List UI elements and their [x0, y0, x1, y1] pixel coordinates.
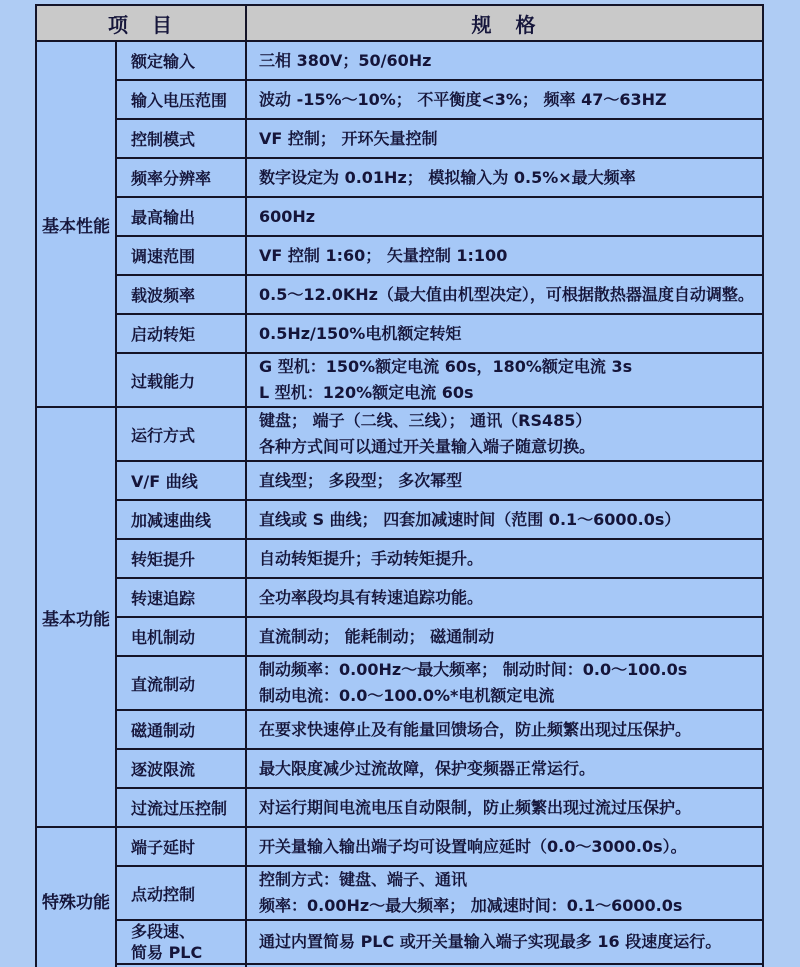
table-row: 加减速曲线 直线或 S 曲线； 四套加减速时间（范围 0.1～6000.0s）: [36, 500, 763, 539]
header-item: 项 目: [36, 5, 246, 41]
row-spec: 制动频率：0.00Hz～最大频率； 制动时间：0.0～100.0s 制动电流：0…: [246, 656, 763, 710]
table-row: 磁通制动 在要求快速停止及有能量回馈场合，防止频繁出现过压保护。: [36, 710, 763, 749]
row-spec: 通过内置简易 PLC 或开关量输入端子实现最多 16 段速度运行。: [246, 920, 763, 964]
table-row: 控制模式 VF 控制； 开环矢量控制: [36, 119, 763, 158]
table-row: 多段速、 简易 PLC 通过内置简易 PLC 或开关量输入端子实现最多 16 段…: [36, 920, 763, 964]
row-spec: 全功率段均具有转速追踪功能。: [246, 578, 763, 617]
header-row: 项 目 规 格: [36, 5, 763, 41]
table-row: 输入电压范围 波动 -15%～10%； 不平衡度<3%； 频率 47～63HZ: [36, 80, 763, 119]
table-row: 点动控制 控制方式：键盘、端子、通讯 频率：0.00Hz～最大频率； 加减速时间…: [36, 866, 763, 920]
row-label: 过载能力: [116, 353, 246, 407]
table-row: 直流制动 制动频率：0.00Hz～最大频率； 制动时间：0.0～100.0s 制…: [36, 656, 763, 710]
row-spec: VF 控制 1:60； 矢量控制 1:100: [246, 236, 763, 275]
table-row: 基本功能 运行方式 键盘； 端子（二线、三线）； 通讯（RS485） 各种方式间…: [36, 407, 763, 461]
table-row: 调速范围 VF 控制 1:60； 矢量控制 1:100: [36, 236, 763, 275]
row-label: 调速范围: [116, 236, 246, 275]
table-row: 特殊功能 端子延时 开关量输入输出端子均可设置响应延时（0.0～3000.0s）…: [36, 827, 763, 866]
row-spec: 键盘； 端子（二线、三线）； 通讯（RS485） 各种方式间可以通过开关量输入端…: [246, 407, 763, 461]
row-spec: 开关量输入输出端子均可设置响应延时（0.0～3000.0s）。: [246, 827, 763, 866]
row-spec: VF 控制； 开环矢量控制: [246, 119, 763, 158]
row-label: 运行方式: [116, 407, 246, 461]
row-label: 加减速曲线: [116, 500, 246, 539]
row-label: 端子延时: [116, 827, 246, 866]
row-spec: 在要求快速停止及有能量回馈场合，防止频繁出现过压保护。: [246, 710, 763, 749]
row-spec: 波动 -15%～10%； 不平衡度<3%； 频率 47～63HZ: [246, 80, 763, 119]
row-spec: 直流制动； 能耗制动； 磁通制动: [246, 617, 763, 656]
row-label: 频率分辨率: [116, 158, 246, 197]
row-label: 点动控制: [116, 866, 246, 920]
row-label: 转矩提升: [116, 539, 246, 578]
row-label: 控制模式: [116, 119, 246, 158]
row-label: 载波频率: [116, 275, 246, 314]
row-spec: 自动转矩提升；手动转矩提升。: [246, 539, 763, 578]
row-spec: 直线型； 多段型； 多次幂型: [246, 461, 763, 500]
row-label: 直流制动: [116, 656, 246, 710]
table-row: 过载能力 G 型机：150%额定电流 60s，180%额定电流 3s L 型机：…: [36, 353, 763, 407]
row-spec: 0.5Hz/150%电机额定转矩: [246, 314, 763, 353]
row-label: 输入电压范围: [116, 80, 246, 119]
group-cell-special-functions: 特殊功能: [36, 827, 116, 967]
table-row: 转速追踪 全功率段均具有转速追踪功能。: [36, 578, 763, 617]
specification-table: 项 目 规 格 基本性能 额定输入 三相 380V；50/60Hz 输入电压范围…: [35, 4, 764, 967]
table-row: 过流过压控制 对运行期间电流电压自动限制，防止频繁出现过流过压保护。: [36, 788, 763, 827]
row-label: 磁通制动: [116, 710, 246, 749]
table-row: 最高输出 600Hz: [36, 197, 763, 236]
group-cell-basic-functions: 基本功能: [36, 407, 116, 827]
row-label: 多段速、 简易 PLC: [116, 920, 246, 964]
table-row: 电机制动 直流制动； 能耗制动； 磁通制动: [36, 617, 763, 656]
row-spec: 控制方式：键盘、端子、通讯 频率：0.00Hz～最大频率； 加减速时间：0.1～…: [246, 866, 763, 920]
row-spec: 最大限度减少过流故障，保护变频器正常运行。: [246, 749, 763, 788]
row-label: 电机制动: [116, 617, 246, 656]
row-spec: 对运行期间电流电压自动限制，防止频繁出现过流过压保护。: [246, 788, 763, 827]
table-row: 启动转矩 0.5Hz/150%电机额定转矩: [36, 314, 763, 353]
scanned-spec-page: { "colors":{ "page_bg":"#afccf4", "cell_…: [0, 0, 800, 967]
table-row: 逐波限流 最大限度减少过流故障，保护变频器正常运行。: [36, 749, 763, 788]
row-spec: 直线或 S 曲线； 四套加减速时间（范围 0.1～6000.0s）: [246, 500, 763, 539]
row-spec: 数字设定为 0.01Hz； 模拟输入为 0.5%×最大频率: [246, 158, 763, 197]
row-spec: 600Hz: [246, 197, 763, 236]
row-label: V/F 曲线: [116, 461, 246, 500]
table-row: V/F 曲线 直线型； 多段型； 多次幂型: [36, 461, 763, 500]
table-row: 转矩提升 自动转矩提升；手动转矩提升。: [36, 539, 763, 578]
row-label: 逐波限流: [116, 749, 246, 788]
row-label: 转速追踪: [116, 578, 246, 617]
row-spec: 0.5～12.0KHz（最大值由机型决定），可根据散热器温度自动调整。: [246, 275, 763, 314]
row-spec: 三相 380V；50/60Hz: [246, 41, 763, 80]
row-spec: G 型机：150%额定电流 60s，180%额定电流 3s L 型机：120%额…: [246, 353, 763, 407]
row-label: 启动转矩: [116, 314, 246, 353]
row-label: 过流过压控制: [116, 788, 246, 827]
table-row: 载波频率 0.5～12.0KHz（最大值由机型决定），可根据散热器温度自动调整。: [36, 275, 763, 314]
table-row: 频率分辨率 数字设定为 0.01Hz； 模拟输入为 0.5%×最大频率: [36, 158, 763, 197]
table-row: 基本性能 额定输入 三相 380V；50/60Hz: [36, 41, 763, 80]
header-spec: 规 格: [246, 5, 763, 41]
row-label: 最高输出: [116, 197, 246, 236]
group-cell-basic-performance: 基本性能: [36, 41, 116, 407]
row-label: 额定输入: [116, 41, 246, 80]
